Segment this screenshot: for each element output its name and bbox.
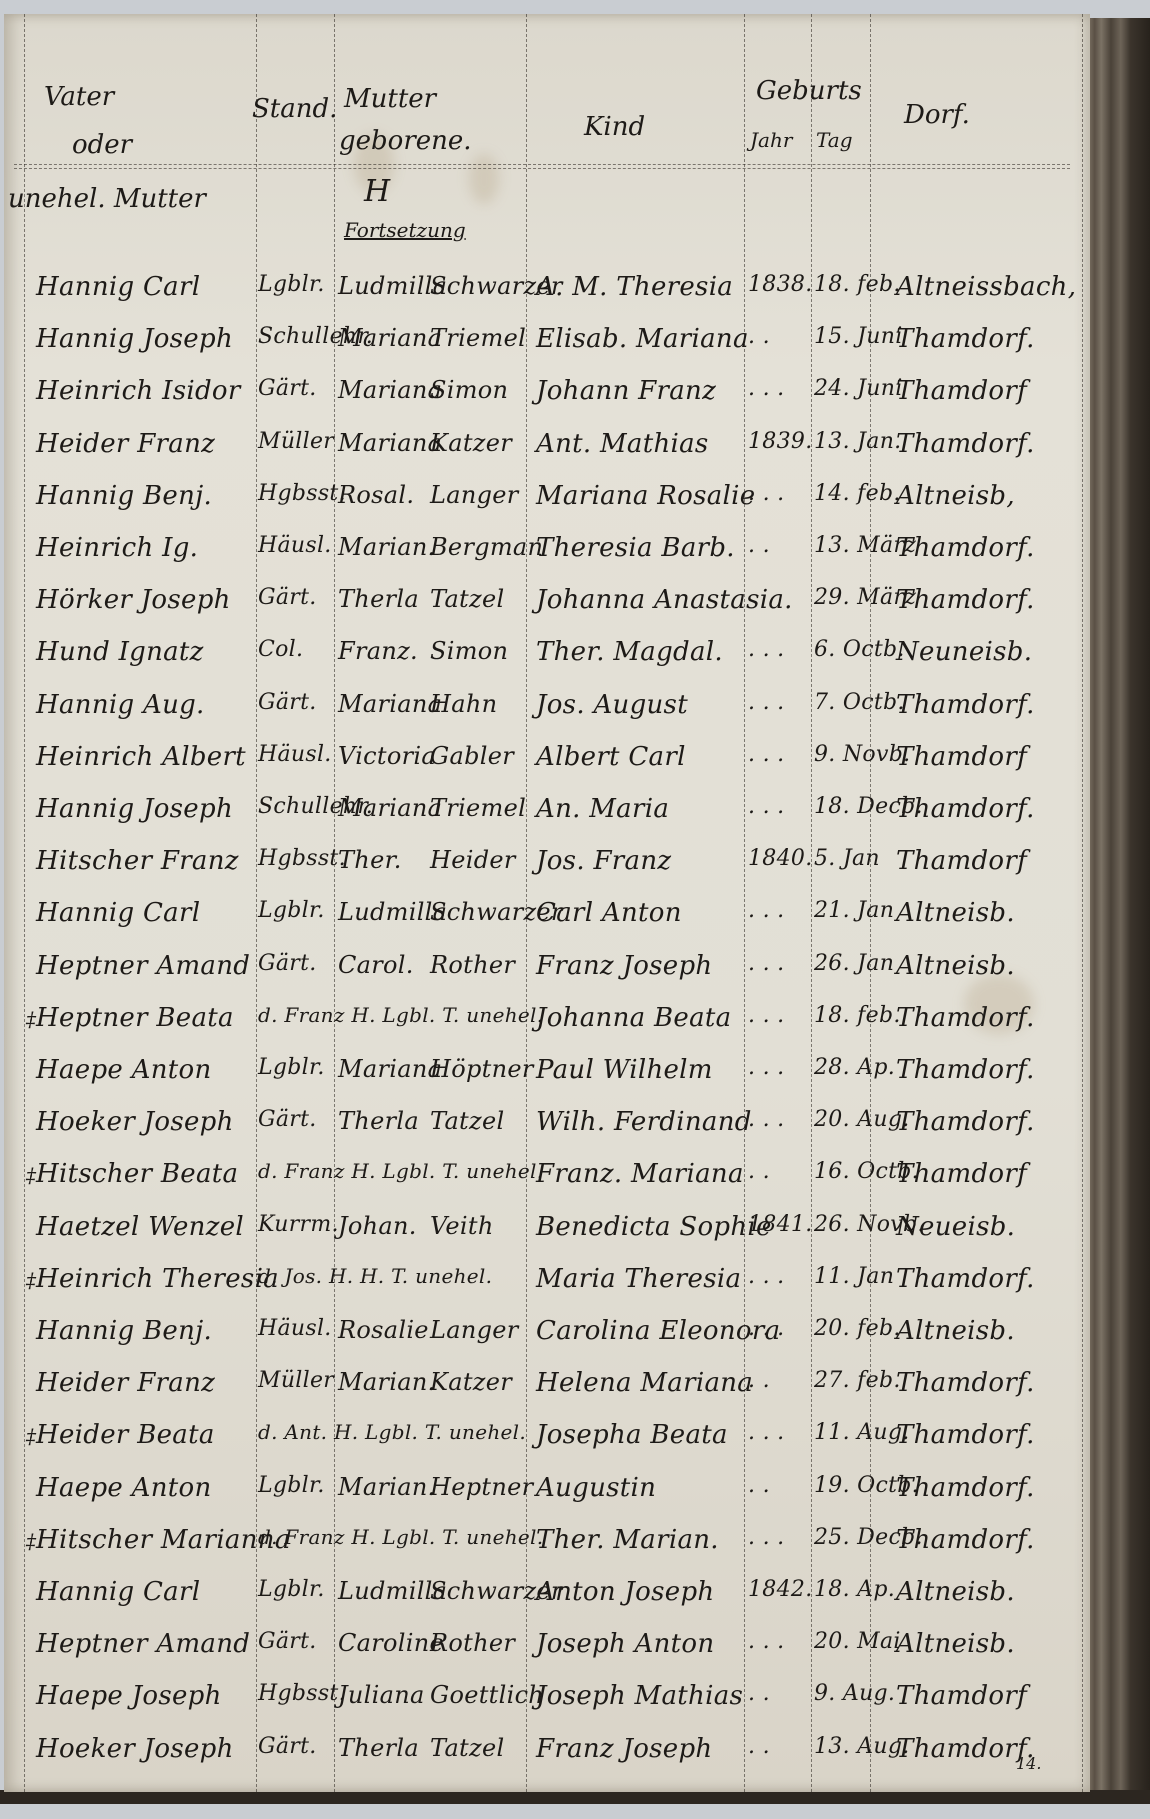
birth-year: . . . — [748, 898, 784, 923]
register-row: Heinrich Ig. Häusl. Marian. Bergman Ther… — [4, 533, 1090, 573]
register-row: ‡ Hitscher Beata d. Franz H. Lgbl. T. un… — [4, 1159, 1090, 1199]
register-row: Heider Franz Müller Marian. Katzer Helen… — [4, 1368, 1090, 1408]
book-bottom-edge — [0, 1790, 1150, 1804]
register-row: Heinrich Albert Häusl. Victoria Gabler A… — [4, 742, 1090, 782]
child-name: Wilh. Ferdinand — [536, 1107, 752, 1137]
village: Thamdorf. — [896, 1264, 1035, 1294]
child-name: Johanna Beata — [536, 1003, 731, 1033]
register-row: Heptner Amand Gärt. Caroline Rother Jose… — [4, 1629, 1090, 1669]
trade: Gärt. — [258, 1734, 317, 1759]
register-row: Hoeker Joseph Gärt. Therla Tatzel Franz … — [4, 1734, 1090, 1774]
birth-day: 24. Juni — [814, 376, 903, 401]
trade: d. Franz H. Lgbl. T. unehel. — [258, 1003, 543, 1027]
father-name: Haepe Joseph — [36, 1681, 222, 1711]
father-name: Haepe Anton — [36, 1055, 212, 1085]
illegitimate-marker: ‡ — [26, 1007, 36, 1031]
mother-first-name: Therla — [338, 1734, 419, 1762]
section-letter: H — [364, 174, 390, 209]
mother-maiden-name: Höptner — [430, 1055, 534, 1083]
register-row: Hannig Aug. Gärt. Mariana Hahn Jos. Augu… — [4, 690, 1090, 730]
child-name: Elisab. Mariana — [536, 324, 749, 354]
header-mother-born: geborene. — [339, 126, 472, 156]
mother-maiden-name: Rother — [430, 1629, 515, 1657]
trade: Hgbsst. — [258, 481, 346, 506]
birth-day: 7. Octb. — [814, 690, 905, 715]
father-name: Haetzel Wenzel — [36, 1212, 244, 1242]
mother-maiden-name: Rother — [430, 951, 515, 979]
birth-year: . . . — [748, 1316, 784, 1341]
village: Thamdorf. — [896, 1003, 1035, 1033]
trade: Kurrm. — [258, 1212, 339, 1237]
mother-maiden-name: Triemel — [430, 794, 526, 822]
header-child: Kind — [584, 112, 645, 142]
village: Altneisb. — [896, 898, 1015, 928]
village: Thamdorf. — [896, 1368, 1035, 1398]
header-double-rule — [14, 164, 1070, 169]
birth-day: 11. Jan — [814, 1264, 894, 1289]
village: Altneisb. — [896, 951, 1015, 981]
trade: Gärt. — [258, 376, 317, 401]
mother-maiden-name: Heider — [430, 846, 516, 874]
mother-maiden-name: Katzer — [430, 429, 512, 457]
father-name: Heider Beata — [36, 1420, 215, 1450]
mother-first-name: Mariana — [338, 429, 442, 457]
register-row: Hannig Joseph Schullehr. Mariana Triemel… — [4, 794, 1090, 834]
register-row: Heider Franz Müller Mariana Katzer Ant. … — [4, 429, 1090, 469]
father-name: Hitscher Franz — [36, 846, 239, 876]
village: Thamdorf. — [896, 585, 1035, 615]
child-name: Carl Anton — [536, 898, 682, 928]
birth-year: . . . — [748, 637, 784, 662]
father-name: Heinrich Albert — [36, 742, 246, 772]
header-mother: Mutter — [344, 84, 436, 114]
village: Thamdorf. — [896, 429, 1035, 459]
birth-year: 1840. — [748, 846, 812, 871]
birth-day: 6. Octb. — [814, 637, 905, 662]
village: Thamdorf — [896, 1159, 1027, 1189]
header-father-or: oder — [72, 130, 132, 160]
father-name: Hannig Aug. — [36, 690, 205, 720]
child-name: Helena Mariana — [536, 1368, 753, 1398]
illegitimate-marker: ‡ — [26, 1163, 36, 1187]
birth-year: 1838. — [748, 272, 812, 297]
illegitimate-marker: ‡ — [26, 1268, 36, 1292]
birth-year: . . . — [748, 1420, 784, 1445]
trade: d. Franz H. Lgbl. T. unehel. — [258, 1159, 543, 1183]
village: Thamdorf. — [896, 1473, 1035, 1503]
village: Thamdorf. — [896, 1107, 1035, 1137]
register-row: Heptner Amand Gärt. Carol. Rother Franz … — [4, 951, 1090, 991]
birth-year: . . . — [748, 951, 784, 976]
mother-first-name: Rosalie — [338, 1316, 429, 1344]
birth-day: 21. Jan — [814, 898, 894, 923]
illegitimate-marker: ‡ — [26, 1424, 36, 1448]
mother-first-name: Victoria — [338, 742, 436, 770]
birth-year: . . — [748, 1473, 770, 1498]
header-village: Dorf. — [904, 100, 970, 130]
birth-day: 20. feb. — [814, 1316, 901, 1341]
father-name: Hitscher Marianna — [36, 1525, 291, 1555]
mother-first-name: Mariana — [338, 376, 442, 404]
birth-year: . . . — [748, 742, 784, 767]
birth-day: 18. feb. — [814, 1003, 901, 1028]
father-name: Hannig Carl — [36, 272, 200, 302]
child-name: Ant. Mathias — [536, 429, 709, 459]
birth-day: 9. Aug. — [814, 1681, 895, 1706]
village: Neueisb. — [896, 1212, 1015, 1242]
father-name: Heinrich Theresia — [36, 1264, 279, 1294]
father-name: Hannig Benj. — [36, 481, 212, 511]
mother-maiden-name: Goettlich — [430, 1681, 544, 1709]
mother-first-name: Rosal. — [338, 481, 414, 509]
mother-maiden-name: Triemel — [430, 324, 526, 352]
mother-maiden-name: Langer — [430, 1316, 519, 1344]
birth-year: 1841. — [748, 1212, 812, 1237]
trade: Häusl. — [258, 1316, 332, 1341]
mother-maiden-name: Katzer — [430, 1368, 512, 1396]
father-name: Hannig Carl — [36, 898, 200, 928]
trade: Häusl. — [258, 533, 332, 558]
header-birth: Geburts — [756, 76, 862, 106]
register-row: Hund Ignatz Col. Franz. Simon Ther. Magd… — [4, 637, 1090, 677]
birth-day: 27. feb. — [814, 1368, 901, 1393]
father-name: Hund Ignatz — [36, 637, 204, 667]
mother-first-name: Marian. — [338, 533, 436, 561]
village: Thamdorf. — [896, 794, 1035, 824]
register-row: Hannig Joseph Schullehr. Mariana Triemel… — [4, 324, 1090, 364]
mother-first-name: Carol. — [338, 951, 414, 979]
header-trade: Stand. — [252, 94, 337, 124]
child-name: Maria Theresia — [536, 1264, 741, 1294]
mother-first-name: Mariana — [338, 794, 442, 822]
mother-maiden-name: Gabler — [430, 742, 514, 770]
trade: Häusl. — [258, 742, 332, 767]
birth-year: . . — [748, 1734, 770, 1759]
mother-first-name: Mariana — [338, 1055, 442, 1083]
father-name: Hitscher Beata — [36, 1159, 238, 1189]
trade: Gärt. — [258, 951, 317, 976]
child-name: Benedicta Sophie — [536, 1212, 772, 1242]
trade: d. Ant. H. Lgbl. T. unehel. — [258, 1420, 526, 1444]
birth-year: . . — [748, 1681, 770, 1706]
birth-year: . . . — [748, 1003, 784, 1028]
village: Thamdorf. — [896, 1055, 1035, 1085]
birth-day: 20. Mai — [814, 1629, 901, 1654]
mother-first-name: Franz. — [338, 637, 418, 665]
child-name: Franz Joseph — [536, 1734, 712, 1764]
birth-year: . . — [748, 1368, 770, 1393]
birth-year: . . . — [748, 690, 784, 715]
child-name: A. M. Theresia — [536, 272, 733, 302]
village: Altneisb. — [896, 1577, 1015, 1607]
header-birth-day: Tag — [816, 128, 853, 152]
father-name: Heider Franz — [36, 1368, 215, 1398]
child-name: Ther. Magdal. — [536, 637, 723, 667]
mother-first-name: Juliana — [338, 1681, 425, 1709]
child-name: Paul Wilhelm — [536, 1055, 713, 1085]
register-row: Hannig Benj. Hgbsst. Rosal. Langer Maria… — [4, 481, 1090, 521]
village: Thamdorf. — [896, 1734, 1035, 1764]
father-name: Heptner Amand — [36, 1629, 250, 1659]
illegitimate-marker: ‡ — [26, 1529, 36, 1553]
birth-year: . . . — [748, 794, 784, 819]
mother-first-name: Mariana — [338, 690, 442, 718]
trade: Hgbsst. — [258, 1681, 346, 1706]
register-row: ‡ Heider Beata d. Ant. H. Lgbl. T. unehe… — [4, 1420, 1090, 1460]
register-row: Haetzel Wenzel Kurrm. Johan. Veith Bened… — [4, 1212, 1090, 1252]
register-row: Heinrich Isidor Gärt. Mariana Simon Joha… — [4, 376, 1090, 416]
father-name: Hannig Benj. — [36, 1316, 212, 1346]
father-name: Hoeker Joseph — [36, 1107, 234, 1137]
village: Thamdorf — [896, 742, 1027, 772]
father-name: Hannig Joseph — [36, 324, 233, 354]
trade: Gärt. — [258, 585, 317, 610]
birth-year: . . — [748, 1159, 770, 1184]
mother-maiden-name: Simon — [430, 637, 508, 665]
trade: Gärt. — [258, 690, 317, 715]
birth-day: 14. feb. — [814, 481, 901, 506]
child-name: An. Maria — [536, 794, 669, 824]
birth-year: . . . — [748, 1264, 784, 1289]
register-row: Hitscher Franz Hgbsst. Ther. Heider Jos.… — [4, 846, 1090, 886]
mother-first-name: Therla — [338, 1107, 419, 1135]
birth-year: . . — [748, 533, 770, 558]
book-page-edges — [1085, 18, 1150, 1798]
birth-year: . . — [748, 324, 770, 349]
register-row: Haepe Anton Lgblr. Mariana Höptner Paul … — [4, 1055, 1090, 1095]
father-name: Hoeker Joseph — [36, 1734, 234, 1764]
trade: Gärt. — [258, 1629, 317, 1654]
child-name: Jos. August — [536, 690, 688, 720]
village: Neuneisb. — [896, 637, 1032, 667]
register-row: Haepe Anton Lgblr. Marian. Heptner Augus… — [4, 1473, 1090, 1513]
register-row: Haepe Joseph Hgbsst. Juliana Goettlich J… — [4, 1681, 1090, 1721]
birth-day: 18. Ap. — [814, 1577, 895, 1602]
village: Altneisb, — [896, 481, 1015, 511]
child-name: Ther. Marian. — [536, 1525, 719, 1555]
village: Thamdorf — [896, 376, 1027, 406]
register-row: Hannig Carl Lgblr. Ludmilla Schwarzer An… — [4, 1577, 1090, 1617]
mother-maiden-name: Tatzel — [430, 1107, 504, 1135]
father-name: Heider Franz — [36, 429, 215, 459]
father-name: Hannig Carl — [36, 1577, 200, 1607]
register-row: ‡ Hitscher Marianna d. Franz H. Lgbl. T.… — [4, 1525, 1090, 1565]
mother-first-name: Ther. — [338, 846, 402, 874]
father-name: Hörker Joseph — [36, 585, 231, 615]
father-name: Hannig Joseph — [36, 794, 233, 824]
father-name: Heinrich Ig. — [36, 533, 198, 563]
father-name: Haepe Anton — [36, 1473, 212, 1503]
father-name: Heptner Amand — [36, 951, 250, 981]
header-birth-year: Jahr — [750, 128, 792, 152]
mother-maiden-name: Simon — [430, 376, 508, 404]
trade: d. Franz H. Lgbl. T. unehel. — [258, 1525, 543, 1549]
register-page: Vater oder unehel. Mutter Stand. Mutter … — [4, 14, 1090, 1792]
trade: d. Jos. H. H. T. unehel. — [258, 1264, 492, 1288]
birth-year: . . . — [748, 1629, 784, 1654]
register-row: Hörker Joseph Gärt. Therla Tatzel Johann… — [4, 585, 1090, 625]
trade: Lgblr. — [258, 1577, 325, 1602]
mother-maiden-name: Heptner — [430, 1473, 533, 1501]
village: Thamdorf. — [896, 690, 1035, 720]
register-row: Hannig Carl Lgblr. Ludmilla Schwarzer Ca… — [4, 898, 1090, 938]
mother-first-name: Marian. — [338, 1368, 436, 1396]
birth-year: . . . — [748, 1055, 784, 1080]
mother-maiden-name: Tatzel — [430, 1734, 504, 1762]
mother-first-name: Johan. — [338, 1212, 417, 1240]
village: Thamdorf. — [896, 1525, 1035, 1555]
village: Altneisb. — [896, 1316, 1015, 1346]
mother-first-name: Mariana — [338, 324, 442, 352]
child-name: Mariana Rosalie — [536, 481, 755, 511]
trade: Hgbsst. — [258, 846, 346, 871]
child-name: Jos. Franz — [536, 846, 671, 876]
child-name: Carolina Eleonora — [536, 1316, 780, 1346]
mother-maiden-name: Langer — [430, 481, 519, 509]
village: Thamdorf. — [896, 324, 1035, 354]
mother-maiden-name: Veith — [430, 1212, 494, 1240]
child-name: Albert Carl — [536, 742, 686, 772]
child-name: Franz Joseph — [536, 951, 712, 981]
page-number: 14. — [1016, 1754, 1041, 1773]
header-father: Vater — [44, 82, 114, 112]
birth-year: 1842. — [748, 1577, 812, 1602]
section-subtitle: Fortsetzung — [344, 218, 466, 242]
birth-day: 5. Jan — [814, 846, 880, 871]
birth-year: . . . — [748, 376, 784, 401]
village: Thamdorf — [896, 846, 1027, 876]
child-name: Theresia Barb. — [536, 533, 735, 563]
trade: Lgblr. — [258, 272, 325, 297]
child-name: Franz. Mariana — [536, 1159, 744, 1189]
register-row: Hannig Benj. Häusl. Rosalie Langer Carol… — [4, 1316, 1090, 1356]
register-row: ‡ Heinrich Theresia d. Jos. H. H. T. une… — [4, 1264, 1090, 1304]
register-row: Hoeker Joseph Gärt. Therla Tatzel Wilh. … — [4, 1107, 1090, 1147]
child-name: Josepha Beata — [536, 1420, 728, 1450]
mother-first-name: Marian. — [338, 1473, 436, 1501]
trade: Lgblr. — [258, 1055, 325, 1080]
birth-year: 1839. — [748, 429, 812, 454]
child-name: Anton Joseph — [536, 1577, 714, 1607]
birth-day: 18. feb. — [814, 272, 901, 297]
mother-maiden-name: Hahn — [430, 690, 497, 718]
mother-first-name: Therla — [338, 585, 419, 613]
child-name: Joseph Mathias — [536, 1681, 743, 1711]
village: Thamdorf — [896, 1681, 1027, 1711]
birth-day: 13. Jan. — [814, 429, 901, 454]
birth-day: 28. Ap. — [814, 1055, 895, 1080]
trade: Lgblr. — [258, 898, 325, 923]
birth-year: . . . — [748, 481, 784, 506]
register-row: Hannig Carl Lgblr. Ludmilla Schwarzer A.… — [4, 272, 1090, 312]
village: Thamdorf. — [896, 533, 1035, 563]
father-name: Heinrich Isidor — [36, 376, 241, 406]
birth-day: 26. Jan — [814, 951, 894, 976]
register-row: ‡ Heptner Beata d. Franz H. Lgbl. T. une… — [4, 1003, 1090, 1043]
child-name: Johann Franz — [536, 376, 716, 406]
birth-year: . . . — [748, 1107, 784, 1132]
child-name: Johanna Anastasia. — [536, 585, 793, 615]
village: Thamdorf. — [896, 1420, 1035, 1450]
paper-stain — [469, 154, 499, 204]
mother-maiden-name: Bergman — [430, 533, 543, 561]
trade: Müller — [258, 1368, 334, 1393]
child-name: Augustin — [536, 1473, 656, 1503]
header-unmarried-mother: unehel. Mutter — [8, 184, 206, 214]
father-name: Heptner Beata — [36, 1003, 234, 1033]
village: Altneisb. — [896, 1629, 1015, 1659]
village: Altneissbach, — [896, 272, 1076, 302]
child-name: Joseph Anton — [536, 1629, 714, 1659]
trade: Gärt. — [258, 1107, 317, 1132]
mother-first-name: Caroline — [338, 1629, 444, 1657]
trade: Müller — [258, 429, 334, 454]
trade: Col. — [258, 637, 303, 662]
birth-day: 15. Juni — [814, 324, 903, 349]
mother-maiden-name: Tatzel — [430, 585, 504, 613]
birth-year: . . . — [748, 1525, 784, 1550]
trade: Lgblr. — [258, 1473, 325, 1498]
